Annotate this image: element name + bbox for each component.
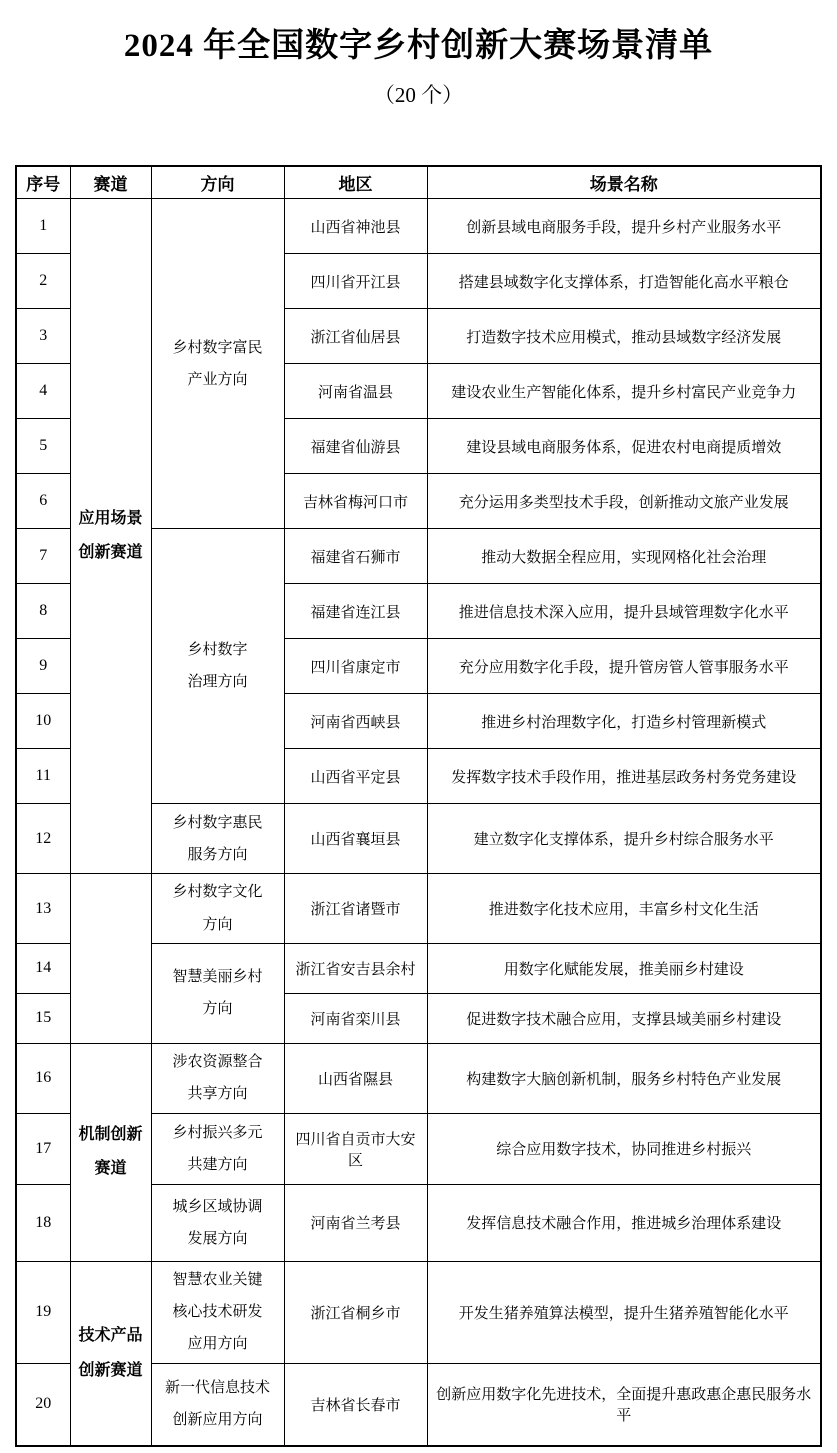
track-label: 技术产品 创新赛道 <box>78 1319 142 1388</box>
header-region: 地区 <box>284 166 427 199</box>
region-cell: 河南省栾川县 <box>284 993 427 1043</box>
row-index: 20 <box>16 1363 70 1446</box>
direction-label: 乡村数字富民 产业方向 <box>172 332 262 397</box>
row-index: 13 <box>16 874 70 944</box>
direction-cell-urban-rural-coordination: 城乡区域协调 发展方向 <box>151 1184 284 1261</box>
scene-cell: 充分应用数字化手段，提升管房管人管事服务水平 <box>427 639 821 694</box>
direction-cell-smart-beautiful-village: 智慧美丽乡村 方向 <box>151 943 284 1043</box>
direction-label: 涉农资源整合 共享方向 <box>172 1046 262 1111</box>
region-cell: 山西省襄垣县 <box>284 804 427 874</box>
track-cell-continued-empty <box>70 874 151 1044</box>
header-direction: 方向 <box>151 166 284 199</box>
region-cell: 山西省平定县 <box>284 749 427 804</box>
direction-cell-smart-agriculture-rd: 智慧农业关键 核心技术研发 应用方向 <box>151 1261 284 1363</box>
table-body: 1 应用场景 创新赛道 乡村数字富民 产业方向 山西省神池县 创新县域电商服务手… <box>16 199 821 1446</box>
row-index: 10 <box>16 694 70 749</box>
scene-cell: 推动大数据全程应用，实现网格化社会治理 <box>427 529 821 584</box>
track-label: 应用场景 创新赛道 <box>78 502 142 571</box>
page-subtitle: （20 个） <box>0 79 837 109</box>
direction-cell-rural-digital-governance: 乡村数字 治理方向 <box>151 529 284 804</box>
row-index: 12 <box>16 804 70 874</box>
direction-label: 智慧美丽乡村 方向 <box>172 961 262 1026</box>
header-row: 序号 赛道 方向 地区 场景名称 <box>16 166 821 199</box>
row-index: 16 <box>16 1043 70 1113</box>
row-index: 8 <box>16 584 70 639</box>
region-cell: 河南省兰考县 <box>284 1184 427 1261</box>
track-label: 机制创新 赛道 <box>78 1118 142 1187</box>
scene-cell: 充分运用多类型技术手段，创新推动文旅产业发展 <box>427 474 821 529</box>
region-cell: 福建省石狮市 <box>284 529 427 584</box>
scene-cell: 促进数字技术融合应用，支撑县域美丽乡村建设 <box>427 993 821 1043</box>
row-index: 9 <box>16 639 70 694</box>
table-row-16: 16 机制创新 赛道 涉农资源整合 共享方向 山西省隰县 构建数字大脑创新机制，… <box>16 1043 821 1113</box>
scene-cell: 创新应用数字化先进技术，全面提升惠政惠企惠民服务水平 <box>427 1363 821 1446</box>
direction-cell-rural-revitalization-cobuild: 乡村振兴多元 共建方向 <box>151 1113 284 1184</box>
scene-cell: 创新县域电商服务手段，提升乡村产业服务水平 <box>427 199 821 254</box>
scene-cell: 综合应用数字技术，协同推进乡村振兴 <box>427 1113 821 1184</box>
scene-cell: 建设县域电商服务体系，促进农村电商提质增效 <box>427 419 821 474</box>
page-title: 2024 年全国数字乡村创新大赛场景清单 <box>0 28 837 66</box>
row-index: 14 <box>16 943 70 993</box>
track-cell-mechanism-innovation: 机制创新 赛道 <box>70 1043 151 1261</box>
row-index: 4 <box>16 364 70 419</box>
row-index: 3 <box>16 309 70 364</box>
direction-label: 新一代信息技术 创新应用方向 <box>165 1372 270 1437</box>
header-track: 赛道 <box>70 166 151 199</box>
direction-cell-rural-digital-welfare: 乡村数字惠民 服务方向 <box>151 804 284 874</box>
row-index: 17 <box>16 1113 70 1184</box>
scene-cell: 建设农业生产智能化体系，提升乡村富民产业竞争力 <box>427 364 821 419</box>
region-cell: 四川省自贡市大安区 <box>284 1113 427 1184</box>
scene-cell: 发挥信息技术融合作用，推进城乡治理体系建设 <box>427 1184 821 1261</box>
table-row-13: 13 乡村数字文化 方向 浙江省诸暨市 推进数字化技术应用，丰富乡村文化生活 <box>16 874 821 944</box>
region-cell: 浙江省安吉县余村 <box>284 943 427 993</box>
direction-label: 乡村数字惠民 服务方向 <box>172 807 262 872</box>
scene-cell: 推进信息技术深入应用，提升县域管理数字化水平 <box>427 584 821 639</box>
region-cell: 山西省隰县 <box>284 1043 427 1113</box>
region-cell: 浙江省仙居县 <box>284 309 427 364</box>
region-cell: 福建省仙游县 <box>284 419 427 474</box>
header-no: 序号 <box>16 166 70 199</box>
region-cell: 河南省西峡县 <box>284 694 427 749</box>
track-cell-application-scene: 应用场景 创新赛道 <box>70 199 151 874</box>
row-index: 7 <box>16 529 70 584</box>
region-cell: 河南省温县 <box>284 364 427 419</box>
direction-cell-rural-digital-industry: 乡村数字富民 产业方向 <box>151 199 284 529</box>
document-page: 2024 年全国数字乡村创新大赛场景清单 （20 个） 序号 赛道 方向 地区 … <box>0 0 837 1453</box>
region-cell: 浙江省桐乡市 <box>284 1261 427 1363</box>
scene-cell: 推进乡村治理数字化，打造乡村管理新模式 <box>427 694 821 749</box>
row-index: 15 <box>16 993 70 1043</box>
region-cell: 吉林省长春市 <box>284 1363 427 1446</box>
scene-cell: 发挥数字技术手段作用，推进基层政务村务党务建设 <box>427 749 821 804</box>
region-cell: 四川省开江县 <box>284 254 427 309</box>
scene-cell: 建立数字化支撑体系，提升乡村综合服务水平 <box>427 804 821 874</box>
scene-list-table: 序号 赛道 方向 地区 场景名称 1 应用场景 创新赛道 乡村数字富民 产业方向… <box>15 165 822 1447</box>
row-index: 5 <box>16 419 70 474</box>
header-scene: 场景名称 <box>427 166 821 199</box>
scene-cell: 打造数字技术应用模式，推动县域数字经济发展 <box>427 309 821 364</box>
direction-label: 乡村数字 治理方向 <box>187 634 247 699</box>
direction-label: 城乡区域协调 发展方向 <box>172 1191 262 1256</box>
direction-label: 乡村数字文化 方向 <box>172 876 262 941</box>
direction-label: 智慧农业关键 核心技术研发 应用方向 <box>172 1264 262 1361</box>
scene-cell: 构建数字大脑创新机制，服务乡村特色产业发展 <box>427 1043 821 1113</box>
row-index: 18 <box>16 1184 70 1261</box>
scene-cell: 推进数字化技术应用，丰富乡村文化生活 <box>427 874 821 944</box>
region-cell: 吉林省梅河口市 <box>284 474 427 529</box>
row-index: 11 <box>16 749 70 804</box>
direction-label: 乡村振兴多元 共建方向 <box>172 1117 262 1182</box>
row-index: 19 <box>16 1261 70 1363</box>
row-index: 2 <box>16 254 70 309</box>
direction-cell-next-gen-it: 新一代信息技术 创新应用方向 <box>151 1363 284 1446</box>
region-cell: 浙江省诸暨市 <box>284 874 427 944</box>
table-header: 序号 赛道 方向 地区 场景名称 <box>16 166 821 199</box>
direction-cell-rural-digital-culture: 乡村数字文化 方向 <box>151 874 284 944</box>
table-row-1: 1 应用场景 创新赛道 乡村数字富民 产业方向 山西省神池县 创新县域电商服务手… <box>16 199 821 254</box>
row-index: 6 <box>16 474 70 529</box>
table-row-19: 19 技术产品 创新赛道 智慧农业关键 核心技术研发 应用方向 浙江省桐乡市 开… <box>16 1261 821 1363</box>
region-cell: 四川省康定市 <box>284 639 427 694</box>
region-cell: 山西省神池县 <box>284 199 427 254</box>
scene-cell: 开发生猪养殖算法模型，提升生猪养殖智能化水平 <box>427 1261 821 1363</box>
scene-cell: 用数字化赋能发展，推美丽乡村建设 <box>427 943 821 993</box>
track-cell-tech-product-innovation: 技术产品 创新赛道 <box>70 1261 151 1446</box>
scene-cell: 搭建县域数字化支撑体系，打造智能化高水平粮仓 <box>427 254 821 309</box>
row-index: 1 <box>16 199 70 254</box>
direction-cell-agri-resource-sharing: 涉农资源整合 共享方向 <box>151 1043 284 1113</box>
region-cell: 福建省连江县 <box>284 584 427 639</box>
